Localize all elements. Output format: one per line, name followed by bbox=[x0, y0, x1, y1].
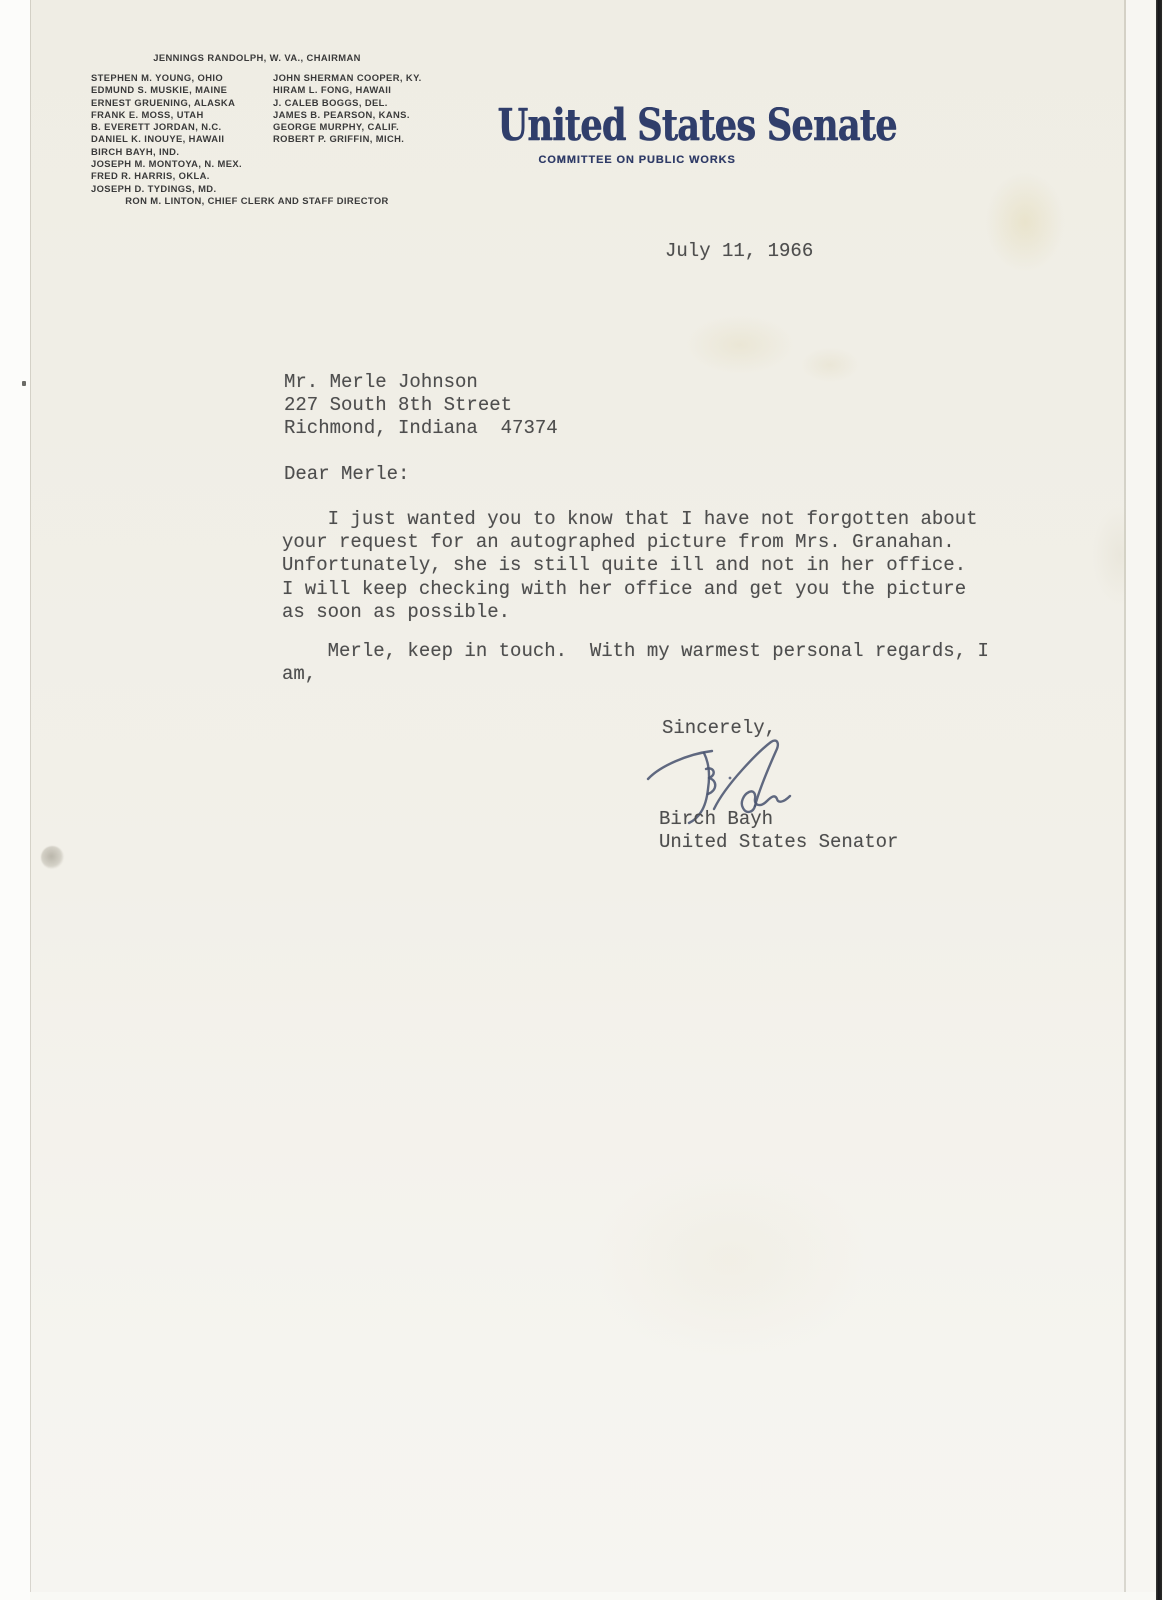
letter-paper bbox=[30, 0, 1126, 1592]
member-name: GEORGE MURPHY, CALIF. bbox=[273, 121, 422, 133]
member-name: B. EVERETT JORDAN, N.C. bbox=[91, 121, 242, 133]
letterhead-members-left: STEPHEN M. YOUNG, OHIOEDMUND S. MUSKIE, … bbox=[91, 72, 242, 195]
scanner-background-bottom bbox=[30, 1592, 1156, 1600]
member-name: EDMUND S. MUSKIE, MAINE bbox=[91, 84, 242, 96]
body-paragraph-2: Merle, keep in touch. With my warmest pe… bbox=[282, 640, 989, 686]
paper-stain bbox=[985, 172, 1065, 272]
member-name: FRANK E. MOSS, UTAH bbox=[91, 109, 242, 121]
member-name: JOSEPH M. MONTOYA, N. MEX. bbox=[91, 158, 242, 170]
signature-typed-title: United States Senator bbox=[659, 831, 898, 854]
letterhead-chairman: JENNINGS RANDOLPH, W. VA., CHAIRMAN bbox=[91, 52, 423, 64]
recipient-address-block: Mr. Merle Johnson 227 South 8th Street R… bbox=[284, 371, 558, 441]
scanner-background-right bbox=[1126, 0, 1156, 1600]
signature-typed-name: Birch Bayh bbox=[659, 808, 773, 831]
senate-masthead-title: United States Senate bbox=[497, 103, 836, 149]
committee-name: COMMITTEE ON PUBLIC WORKS bbox=[455, 154, 819, 166]
letter-date: July 11, 1966 bbox=[665, 240, 813, 263]
scanner-background-left bbox=[0, 0, 30, 1600]
member-name: JAMES B. PEARSON, KANS. bbox=[273, 109, 422, 121]
member-name: JOHN SHERMAN COOPER, KY. bbox=[273, 72, 422, 84]
letterhead-members-right: JOHN SHERMAN COOPER, KY.HIRAM L. FONG, H… bbox=[273, 72, 422, 146]
member-name: FRED R. HARRIS, OKLA. bbox=[91, 170, 242, 182]
member-name: ROBERT P. GRIFFIN, MICH. bbox=[273, 133, 422, 145]
letterhead-staff-director: RON M. LINTON, CHIEF CLERK AND STAFF DIR… bbox=[91, 195, 423, 207]
scanned-letter: JENNINGS RANDOLPH, W. VA., CHAIRMAN STEP… bbox=[0, 0, 1163, 1600]
member-name: STEPHEN M. YOUNG, OHIO bbox=[91, 72, 242, 84]
body-paragraph-1: I just wanted you to know that I have no… bbox=[282, 508, 978, 624]
paper-stain bbox=[685, 315, 795, 375]
paper-stain bbox=[590, 1160, 870, 1360]
member-name: J. CALEB BOGGS, DEL. bbox=[273, 97, 422, 109]
salutation: Dear Merle: bbox=[284, 463, 409, 486]
member-name: DANIEL K. INOUYE, HAWAII bbox=[91, 133, 242, 145]
scan-speck bbox=[22, 381, 26, 386]
member-name: JOSEPH D. TYDINGS, MD. bbox=[91, 183, 242, 195]
member-name: ERNEST GRUENING, ALASKA bbox=[91, 97, 242, 109]
member-name: BIRCH BAYH, IND. bbox=[91, 146, 242, 158]
member-name: HIRAM L. FONG, HAWAII bbox=[273, 84, 422, 96]
scan-edge-shadow bbox=[1156, 0, 1162, 1600]
paper-stain bbox=[800, 347, 860, 383]
